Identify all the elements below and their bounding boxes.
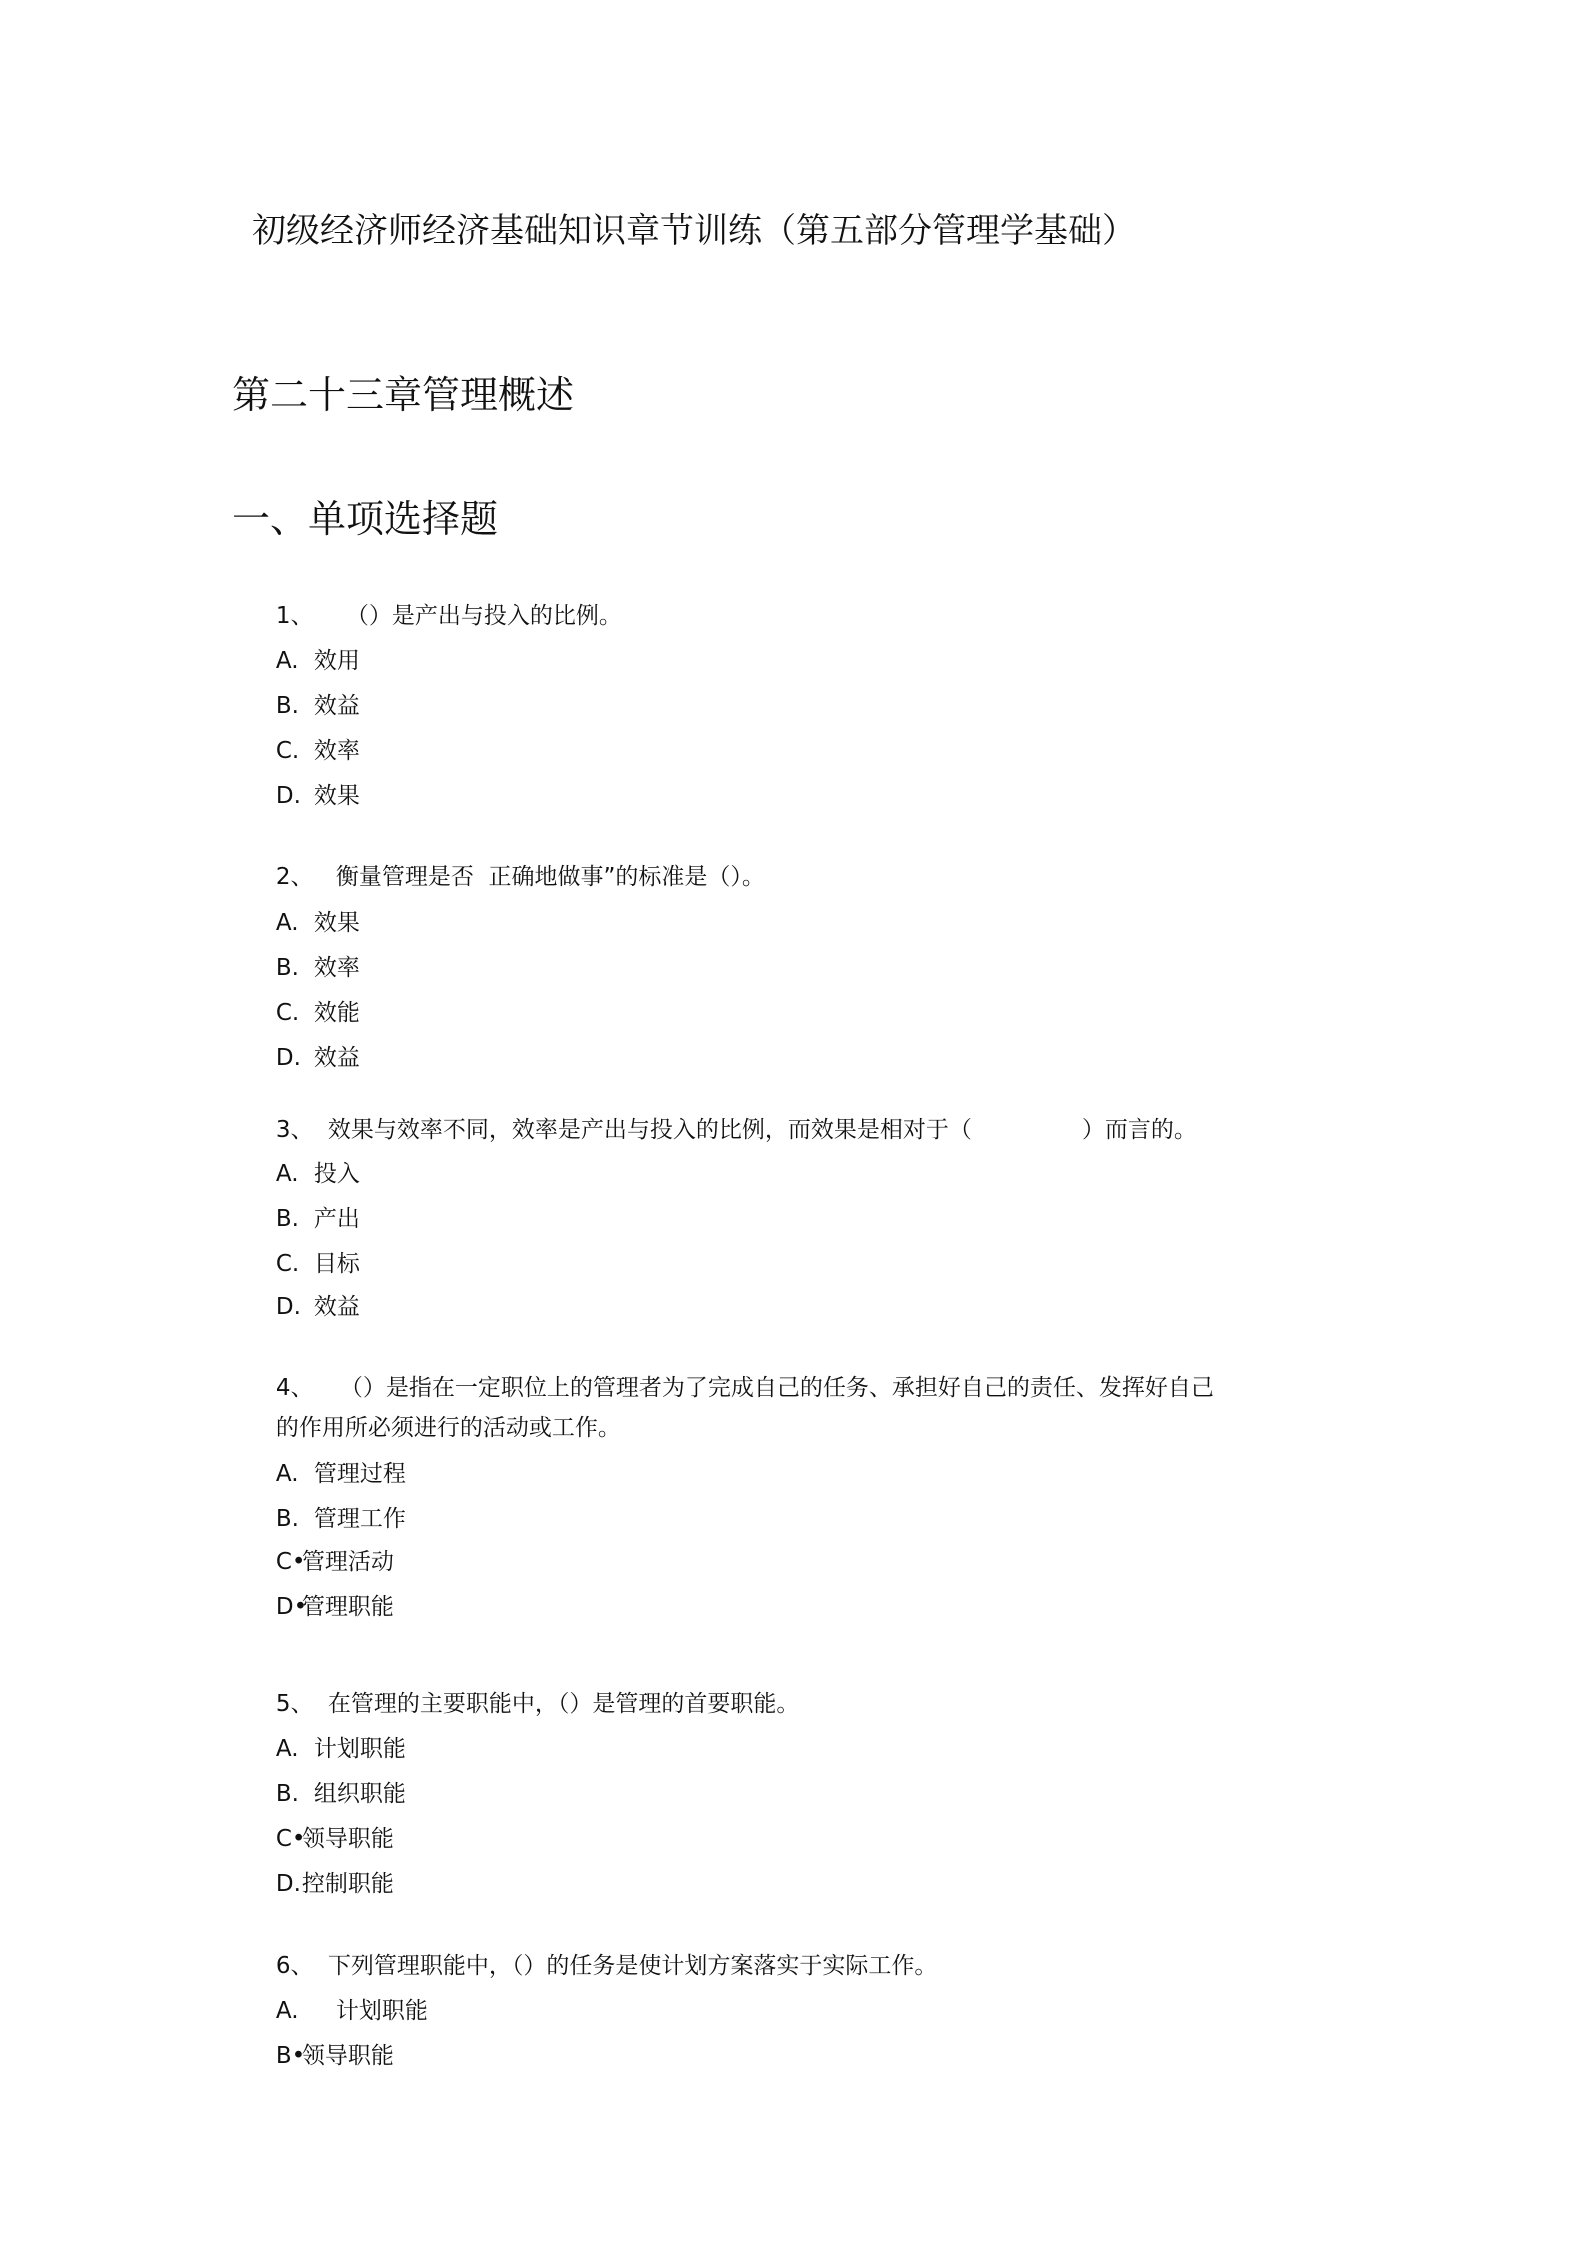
question-text: 的作用所必须进行的活动或工作。	[276, 1415, 621, 1441]
option-label: D•	[276, 1596, 302, 1619]
question-text: （）是产出与投入的比例。	[346, 603, 622, 629]
option-text: 管理职能	[302, 1594, 394, 1620]
option-text: 计划职能	[336, 1998, 428, 2024]
question-text: 在管理的主要职能中，（）是管理的首要职能。	[328, 1691, 800, 1717]
option-text: 管理活动	[302, 1549, 394, 1575]
document-title: 初级经济师经济基础知识章节训练（第五部分管理学基础）	[252, 214, 1136, 248]
chapter-heading: 第二十三章管理概述	[232, 376, 574, 414]
question-number: 6、	[276, 1955, 328, 1978]
option-text: 效率	[314, 738, 360, 764]
option-label: D.	[276, 1873, 302, 1896]
option-label: C.	[276, 740, 314, 763]
question-number: 2、	[276, 866, 336, 889]
option-label: C.	[276, 1002, 314, 1025]
option-d: D.效果	[232, 762, 360, 831]
question-text: 下列管理职能中，（）的任务是使计划方案落实于实际工作。	[328, 1953, 938, 1979]
option-label: D.	[276, 785, 314, 808]
option-text: 投入	[314, 1161, 360, 1187]
option-text: 效果	[314, 783, 360, 809]
option-label: C•	[276, 1551, 302, 1574]
option-text: 管理过程	[314, 1461, 406, 1487]
option-text: 效能	[314, 1000, 360, 1026]
option-label: A.	[276, 1463, 314, 1486]
section-heading: 一、单项选择题	[232, 500, 498, 538]
question-number: 3、	[276, 1119, 328, 1142]
option-label: B•	[276, 2045, 302, 2068]
option-label: A.	[276, 1738, 314, 1761]
option-text: 效益	[314, 1294, 360, 1320]
question-number: 1、	[276, 605, 346, 628]
document-page: 初级经济师经济基础知识章节训练（第五部分管理学基础） 第二十三章管理概述 一、单…	[0, 0, 1594, 2256]
option-text: 效果	[314, 910, 360, 936]
option-text: 领导职能	[302, 2043, 394, 2069]
option-d: D.效益	[232, 1273, 360, 1342]
option-b: B•领导职能	[232, 2022, 394, 2091]
option-text: 控制职能	[302, 1871, 394, 1897]
question-text: 衡量管理是否 正确地做事”的标准是（）。	[336, 864, 765, 890]
option-d: D.控制职能	[232, 1850, 394, 1919]
option-text: 效益	[314, 1045, 360, 1071]
option-d: D•管理职能	[232, 1573, 394, 1642]
option-label: D.	[276, 1047, 314, 1070]
option-label: A.	[276, 2000, 336, 2023]
option-text: 效益	[314, 693, 360, 719]
question-text-end: ）而言的。	[1082, 1117, 1197, 1143]
question-text: 效果与效率不同，效率是产出与投入的比例，而效果是相对于（	[328, 1117, 972, 1143]
option-label: A.	[276, 1163, 314, 1186]
option-label: C•	[276, 1828, 302, 1851]
option-label: B.	[276, 1783, 314, 1806]
option-text: 计划职能	[314, 1736, 406, 1762]
option-label: B.	[276, 957, 314, 980]
option-label: B.	[276, 1208, 314, 1231]
option-label: A.	[276, 650, 314, 673]
option-text: 效率	[314, 955, 360, 981]
option-text: 效用	[314, 648, 360, 674]
option-label: A.	[276, 912, 314, 935]
option-d: D.效益	[232, 1024, 360, 1093]
option-text: 组织职能	[314, 1781, 406, 1807]
option-text: 领导职能	[302, 1826, 394, 1852]
option-label: D.	[276, 1296, 314, 1319]
option-label: B.	[276, 695, 314, 718]
question-stem: 3、效果与效率不同，效率是产出与投入的比例，而效果是相对于（）而言的。	[232, 1096, 1197, 1165]
question-number: 5、	[276, 1693, 328, 1716]
option-text: 产出	[314, 1206, 360, 1232]
